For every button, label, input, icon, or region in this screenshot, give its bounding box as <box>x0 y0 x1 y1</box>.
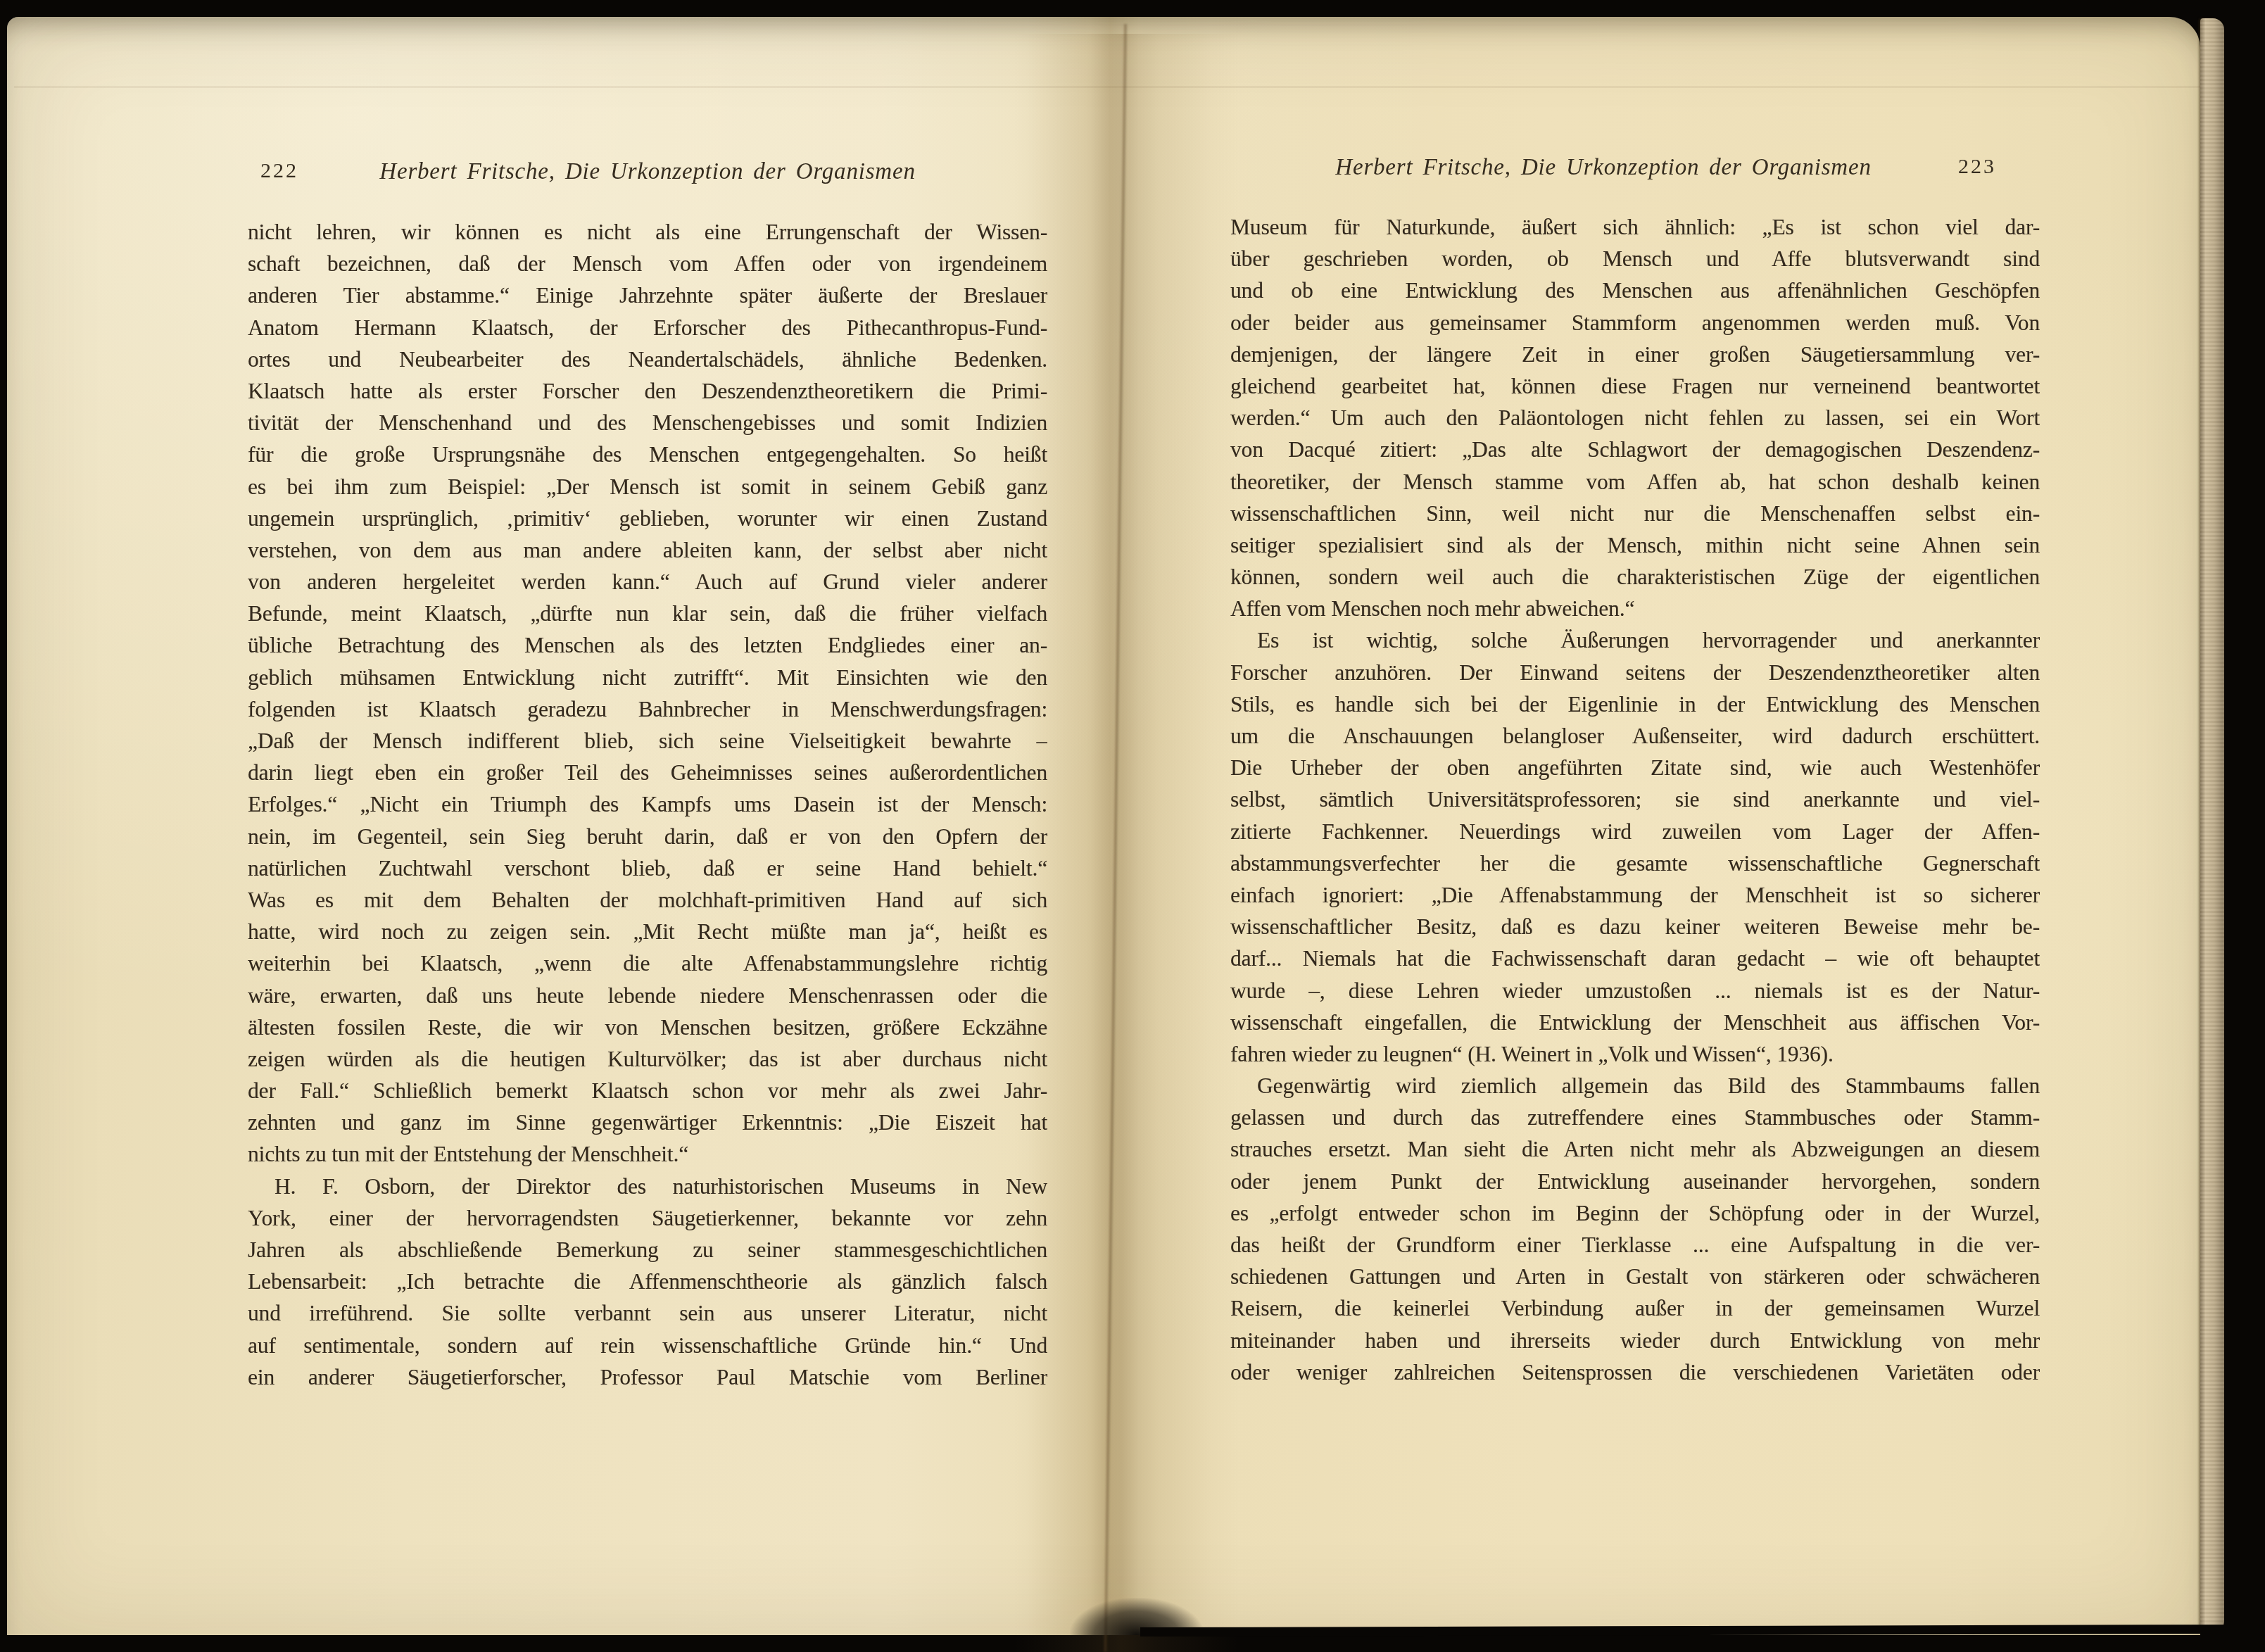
text-line: oder beider aus gemeinsamer Stammform an… <box>1230 307 2040 339</box>
text-line: seitiger spezialisiert sind als der Mens… <box>1230 529 2040 561</box>
text-line: Reisern, die keinerlei Verbindung außer … <box>1230 1292 2040 1324</box>
text-line: es „erfolgt entweder schon im Beginn der… <box>1230 1197 2040 1229</box>
page-number-right: 223 <box>1958 155 1996 179</box>
text-line: theoretiker, der Mensch stamme vom Affen… <box>1230 466 2040 498</box>
text-line: fahren wieder zu leugnen“ (H. Weinert in… <box>1230 1038 2040 1070</box>
text-line: oder weniger zahlreichen Seitensprossen … <box>1230 1356 2040 1388</box>
text-line: demjenigen, der längere Zeit in einer gr… <box>1230 339 2040 370</box>
text-line: schiedenen Gattungen und Arten in Gestal… <box>1230 1261 2040 1292</box>
text-line: wissenschaftlichen Sinn, weil nicht nur … <box>1230 498 2040 529</box>
text-line: um die Anschauungen belangloser Außensei… <box>1230 720 2040 752</box>
text-line: gleichend gearbeitet hat, können diese F… <box>1230 370 2040 402</box>
text-line: Stils, es handle sich bei der Eigenlinie… <box>1230 688 2040 720</box>
text-line: Forscher anzuhören. Der Einwand seitens … <box>1230 657 2040 688</box>
running-title-right: Herbert Fritsche, Die Urkonzeption der O… <box>1199 155 2008 181</box>
text-line: Es ist wichtig, solche Äußerungen hervor… <box>1230 624 2040 656</box>
text-line: wissenschaftlicher Besitz, daß es dazu k… <box>1230 911 2040 942</box>
text-line: das heißt der Grundform einer Tierklasse… <box>1230 1229 2040 1261</box>
book-spread: 222 Herbert Fritsche, Die Urkonzeption d… <box>7 17 2200 1635</box>
text-line: über geschrieben worden, ob Mensch und A… <box>1230 243 2040 275</box>
text-line: können, sondern weil auch die charakteri… <box>1230 561 2040 593</box>
text-line: wissenschaft eingefallen, die Entwicklun… <box>1230 1007 2040 1038</box>
text-line: oder jenem Punkt der Entwicklung auseina… <box>1230 1166 2040 1197</box>
text-line: miteinander haben und ihrerseits wieder … <box>1230 1325 2040 1356</box>
text-line: und ob eine Entwicklung des Menschen aus… <box>1230 275 2040 306</box>
text-line: selbst, sämtlich Universitätsprofessoren… <box>1230 783 2040 815</box>
text-line: von Dacqué zitiert: „Das alte Schlagwort… <box>1230 434 2040 465</box>
text-line: Die Urheber der oben angeführten Zitate … <box>1230 752 2040 783</box>
text-line: zitierte Fachkenner. Neuerdings wird zuw… <box>1230 816 2040 847</box>
text-line: Affen vom Menschen noch mehr abweichen.“ <box>1230 593 2040 624</box>
text-line: abstammungsverfechter her die gesamte wi… <box>1230 847 2040 879</box>
text-line: gelassen und durch das zutreffendere ein… <box>1230 1102 2040 1133</box>
text-line: einfach ignoriert: „Die Affenabstammung … <box>1230 879 2040 911</box>
running-head-right: Herbert Fritsche, Die Urkonzeption der O… <box>1230 155 2040 189</box>
text-line: Museum für Naturkunde, äußert sich ähnli… <box>1230 211 2040 243</box>
text-line: werden.“ Um auch den Paläontologen nicht… <box>1230 402 2040 434</box>
photo-background: 222 Herbert Fritsche, Die Urkonzeption d… <box>0 0 2265 1635</box>
text-line: darf... Niemals hat die Fachwissenschaft… <box>1230 942 2040 974</box>
text-line: Gegenwärtig wird ziemlich allgemein das … <box>1230 1070 2040 1102</box>
text-line: wurde –, diese Lehren wieder umzustoßen … <box>1230 975 2040 1007</box>
page-right: Herbert Fritsche, Die Urkonzeption der O… <box>7 17 2200 1635</box>
gutter-bottom-shadow <box>1070 1598 1204 1635</box>
text-block-right: Museum für Naturkunde, äußert sich ähnli… <box>1230 211 2040 1388</box>
text-line: strauches ersetzt. Man sieht die Arten n… <box>1230 1133 2040 1165</box>
page-edge-stack <box>2200 18 2224 1629</box>
